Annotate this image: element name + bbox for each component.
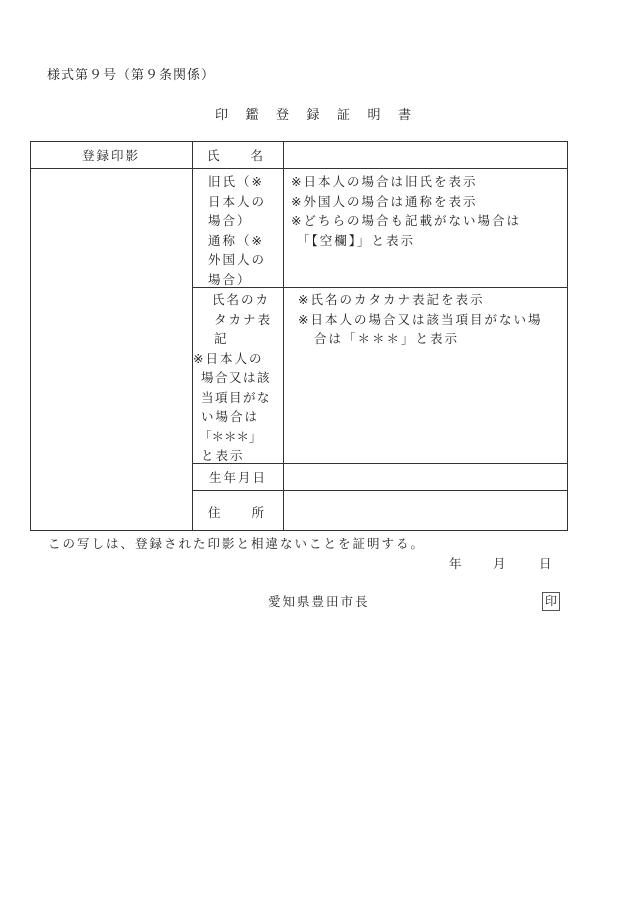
title-char: 登 bbox=[276, 104, 307, 123]
label-line: 日本人の bbox=[208, 192, 266, 212]
table-border-right bbox=[567, 141, 568, 531]
issuer-name: 愛知県豊田市長 bbox=[268, 592, 370, 612]
name-label: 氏 名 bbox=[207, 146, 265, 166]
official-seal-mark: 印 bbox=[542, 592, 560, 611]
value-line: 合は「＊＊＊」と表示 bbox=[298, 329, 542, 349]
date-month: 月 bbox=[493, 554, 508, 574]
table-border-top bbox=[30, 141, 568, 142]
value-line: ※日本人の場合は旧氏を表示 bbox=[291, 172, 521, 192]
title-char: 印 bbox=[215, 104, 246, 123]
certification-text: この写しは、登録された印影と相違ないことを証明する。 bbox=[48, 534, 425, 554]
title-char: 証 bbox=[337, 104, 368, 123]
katakana-name-label: 氏名のカ タカナ表 記 ※日本人の 場合又は該 当項目がな い場合は 「＊＊＊」… bbox=[195, 290, 272, 466]
former-name-value: ※日本人の場合は旧氏を表示 ※外国人の場合は通称を表示 ※どちらの場合も記載がな… bbox=[291, 172, 521, 250]
former-name-label: 旧氏（※ 日本人の 場合） 通称（※ 外国人の 場合） bbox=[208, 172, 266, 289]
label-line: 場合） bbox=[208, 211, 266, 231]
label-line: 場合又は該 bbox=[195, 368, 272, 388]
label-line: タカナ表 bbox=[195, 310, 272, 330]
value-line: ※外国人の場合は通称を表示 bbox=[291, 192, 521, 212]
value-line: ※日本人の場合又は該当項目がない場 bbox=[298, 310, 542, 330]
name-value bbox=[290, 146, 560, 166]
label-line: 記 bbox=[195, 329, 272, 349]
address-label: 住 所 bbox=[208, 503, 266, 523]
title-char: 録 bbox=[307, 104, 338, 123]
table-border-bottom bbox=[30, 530, 568, 531]
form-number: 様式第９号（第９条関係） bbox=[47, 64, 215, 83]
label-line: 当項目がな bbox=[195, 388, 272, 408]
date-day: 日 bbox=[539, 554, 554, 574]
label-line: 旧氏（※ bbox=[208, 172, 266, 192]
title-char: 明 bbox=[368, 104, 399, 123]
seal-column-header: 登録印影 bbox=[30, 146, 192, 166]
label-line: 「＊＊＊」 bbox=[195, 427, 272, 447]
title-char: 鑑 bbox=[246, 104, 277, 123]
document-title: 印鑑登録証明書 bbox=[215, 104, 429, 123]
label-line: 外国人の bbox=[208, 250, 266, 270]
label-line: と表示 bbox=[195, 446, 272, 466]
row-divider bbox=[192, 490, 568, 491]
birth-date-label: 生年月日 bbox=[193, 468, 283, 488]
label-line: 氏名のカ bbox=[195, 290, 272, 310]
value-line: ※どちらの場合も記載がない場合は bbox=[291, 211, 521, 231]
katakana-name-value: ※氏名のカタカナ表記を表示 ※日本人の場合又は該当項目がない場 合は「＊＊＊」と… bbox=[298, 290, 542, 349]
label-line: 通称（※ bbox=[208, 231, 266, 251]
label-line: ※日本人の bbox=[193, 349, 272, 369]
value-line: ※氏名のカタカナ表記を表示 bbox=[298, 290, 542, 310]
column-divider-2 bbox=[283, 141, 284, 531]
date-year: 年 bbox=[449, 554, 464, 574]
label-line: い場合は bbox=[195, 407, 272, 427]
title-char: 書 bbox=[398, 104, 429, 123]
seal-impression-area bbox=[31, 169, 192, 530]
value-line: 「【空欄】」と表示 bbox=[291, 231, 521, 251]
label-line: 場合） bbox=[208, 270, 266, 290]
